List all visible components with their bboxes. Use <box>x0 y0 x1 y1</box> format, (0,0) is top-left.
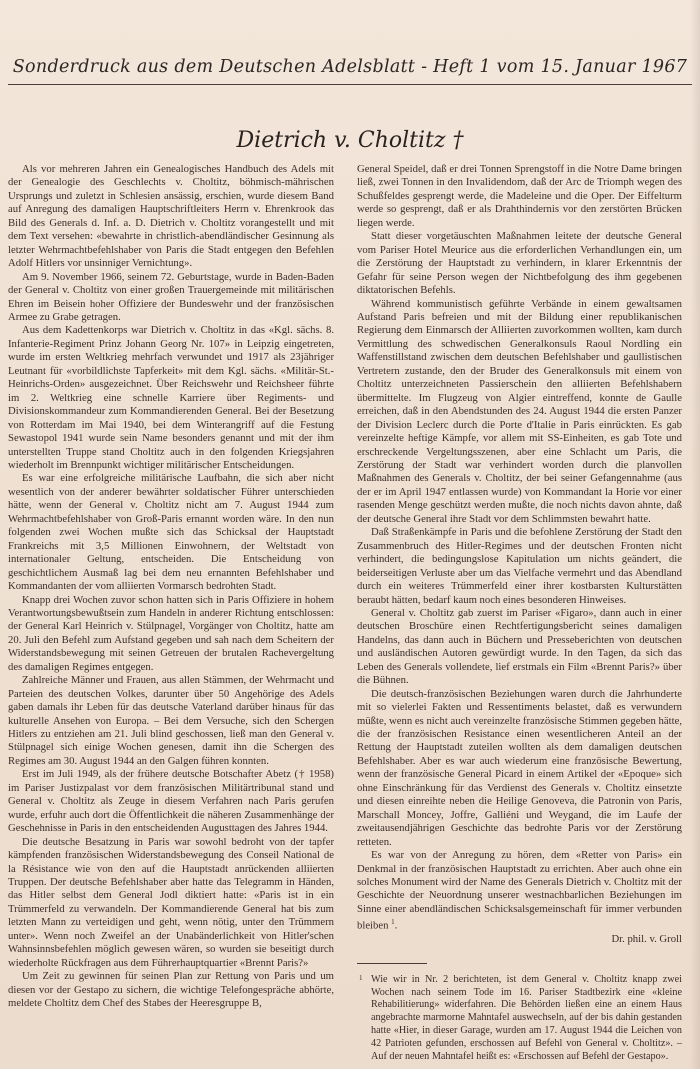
footnote: 1 Wie wir in Nr. 2 berichteten, ist dem … <box>357 974 682 1064</box>
paragraph: Knapp drei Wochen zuvor schon hatten sic… <box>8 594 334 675</box>
document-page: Sonderdruck aus dem Deutschen Adelsblatt… <box>0 0 700 1069</box>
header-rule <box>8 84 692 85</box>
footnote-divider <box>357 963 427 964</box>
paragraph: Die deutsche Besatzung in Paris war sowo… <box>8 836 334 971</box>
publication-header: Sonderdruck aus dem Deutschen Adelsblatt… <box>0 57 700 77</box>
footnote-mark: 1 <box>359 972 363 985</box>
paragraph: Die deutsch-französischen Beziehungen wa… <box>357 688 682 849</box>
paragraph: General v. Choltitz gab zuerst im Parise… <box>357 607 682 688</box>
paragraph: Während kommunistisch geführte Verbände … <box>357 298 682 527</box>
footnote-text: Wie wir in Nr. 2 berichteten, ist dem Ge… <box>371 974 682 1062</box>
right-column: General Speidel, daß er drei Tonnen Spre… <box>357 163 682 1063</box>
closing-paragraph: Es war von der Anregung zu hören, dem «R… <box>357 849 682 933</box>
paragraph: Als vor mehreren Jahren ein Genealogisch… <box>8 163 334 271</box>
paragraph: Erst im Juli 1949, als der frühere deuts… <box>8 768 334 835</box>
paragraph: General Speidel, daß er drei Tonnen Spre… <box>357 163 682 230</box>
article-title: Dietrich v. Choltitz † <box>0 128 700 153</box>
paragraph: Es war eine erfolgreiche militärische La… <box>8 472 334 593</box>
left-column: Als vor mehreren Jahren ein Genealogisch… <box>8 163 334 1011</box>
page-edge-shadow <box>690 0 700 1069</box>
paragraph: Zahlreiche Männer und Frauen, aus allen … <box>8 674 334 768</box>
author-signature: Dr. phil. v. Groll <box>357 933 682 946</box>
paragraph: Aus dem Kadettenkorps war Dietrich v. Ch… <box>8 324 334 472</box>
paragraph: Am 9. November 1966, seinem 72. Geburtst… <box>8 271 334 325</box>
paragraph: Um Zeit zu gewinnen für seinen Plan zur … <box>8 970 334 1010</box>
paragraph: Daß Straßenkämpfe in Paris und die befoh… <box>357 526 682 607</box>
paragraph-text: Es war von der Anregung zu hören, dem «R… <box>357 849 682 932</box>
paragraph: Statt dieser vorgetäuschten Maßnahmen le… <box>357 230 682 297</box>
footnote-reference: 1 <box>391 918 395 926</box>
